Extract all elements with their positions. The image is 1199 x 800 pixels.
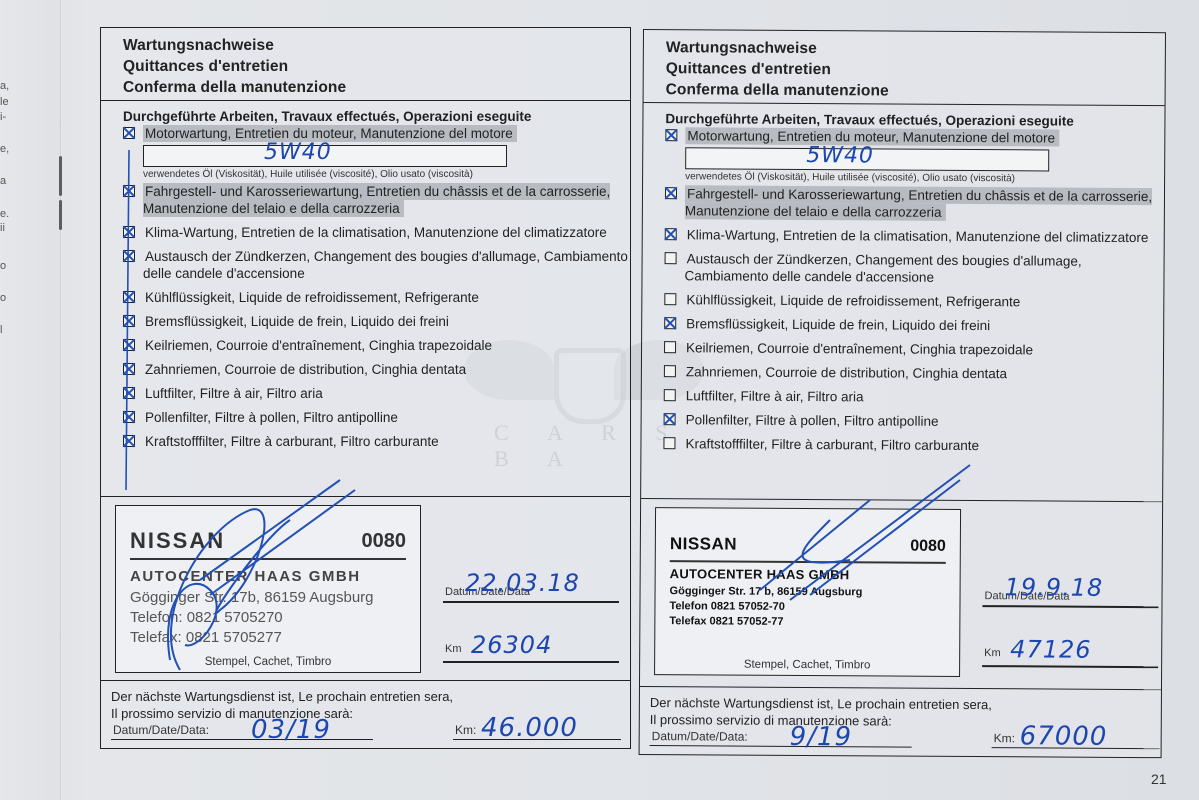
previous-page-fragment: e. — [0, 208, 9, 220]
work-item: Keilriemen, Courroie d'entraînement, Cin… — [642, 339, 1163, 359]
work-item: Austausch der Zündkerzen, Changement des… — [101, 248, 630, 282]
work-item-text-wrap: Fahrgestell- und Karosseriewartung, Entr… — [685, 185, 1164, 222]
checkbox-unchecked[interactable] — [664, 389, 676, 401]
checkbox-checked[interactable] — [123, 226, 135, 238]
work-item-label: Kraftstofffilter, Filtre à carburant, Fi… — [683, 435, 983, 454]
work-item: Pollenfilter, Filtre à pollen, Filtro an… — [642, 411, 1163, 431]
stamp-address-line: Gögginger Str. 17b, 86159 Augsburg — [130, 588, 374, 608]
service-km-field[interactable]: Km 26304 — [443, 627, 619, 663]
stamp-brand: NISSAN — [130, 528, 225, 554]
previous-page-fragment: a, — [0, 80, 9, 92]
work-item-text-wrap: Motorwartung, Entretien du moteur, Manut… — [685, 127, 1164, 147]
previous-page-fragment: le — [0, 96, 9, 108]
work-item-text-wrap: Klima-Wartung, Entretien de la climatisa… — [685, 226, 1164, 246]
oil-viscosity-field[interactable]: 5W40 — [143, 145, 507, 167]
work-item-text-wrap: Kühlflüssigkeit, Liquide de refroidissem… — [684, 291, 1163, 311]
record-title-block: Wartungsnachweise Quittances d'entretien… — [644, 30, 1165, 106]
service-km-field[interactable]: Km 47126 — [982, 631, 1158, 668]
stamp-dealer-code: 0080 — [362, 530, 407, 553]
work-item-label: Kraftstofffilter, Filtre à carburant, Fi… — [143, 433, 443, 450]
title-it: Conferma della manutenzione — [123, 77, 630, 98]
next-service-km-field[interactable]: Km: 67000 — [992, 725, 1160, 749]
checkbox-unchecked[interactable] — [665, 252, 677, 264]
work-item: Kraftstofffilter, Filtre à carburant, Fi… — [101, 433, 630, 450]
work-item-text-wrap: Fahrgestell- und Karosseriewartung, Entr… — [143, 183, 630, 217]
work-item: Fahrgestell- und Karosseriewartung, Entr… — [101, 183, 630, 217]
work-item-label: Zahnriemen, Courroie de distribution, Ci… — [143, 361, 470, 378]
next-service-date-label: Datum/Date/Data: — [113, 723, 209, 737]
oil-viscosity-value: 5W40 — [806, 143, 874, 168]
service-km-label: Km — [445, 643, 462, 655]
work-item-label: Bremsflüssigkeit, Liquide de frein, Liqu… — [143, 313, 453, 330]
title-it: Conferma della manutenzione — [666, 79, 1165, 103]
checkbox-checked[interactable] — [123, 411, 135, 423]
title-de: Wartungsnachweise — [666, 37, 1165, 61]
oil-viscosity-caption: verwendetes Öl (Viskosität), Huile utili… — [143, 169, 630, 180]
checkbox-checked[interactable] — [665, 129, 677, 141]
checkbox-unchecked[interactable] — [664, 365, 676, 377]
work-item-label: Pollenfilter, Filtre à pollen, Filtro an… — [143, 409, 402, 426]
work-item-text-wrap: Bremsflüssigkeit, Liquide de frein, Liqu… — [143, 313, 630, 330]
previous-page-fragment: o — [0, 292, 6, 304]
stamp-company: AUTOCENTER HAAS GMBH — [130, 568, 361, 585]
checkbox-checked[interactable] — [664, 317, 676, 329]
stamp-fax: Telefax: 0821 5705277 — [130, 628, 374, 648]
work-item: Luftfilter, Filtre à air, Filtro aria — [642, 387, 1163, 407]
checkbox-checked[interactable] — [123, 315, 135, 327]
work-item: Keilriemen, Courroie d'entraînement, Cin… — [101, 337, 630, 354]
work-item-text-wrap: Austausch der Zündkerzen, Changement des… — [143, 248, 630, 282]
service-date-field[interactable]: Datum/Date/Data 22.03.18 — [443, 567, 619, 603]
work-item-label: Kühlflüssigkeit, Liquide de refroidissem… — [143, 289, 483, 306]
checkbox-checked[interactable] — [123, 435, 135, 447]
dealer-stamp: NISSAN 0080 AUTOCENTER HAAS GMBH Gögging… — [115, 505, 421, 673]
checkbox-checked[interactable] — [123, 185, 135, 197]
stamp-divider — [670, 560, 946, 564]
checkbox-checked[interactable] — [123, 250, 135, 262]
title-de: Wartungsnachweise — [123, 35, 630, 56]
work-item-label: Austausch der Zündkerzen, Changement des… — [684, 250, 1081, 286]
work-item-label: Klima-Wartung, Entretien de la climatisa… — [685, 226, 1153, 246]
checkbox-checked[interactable] — [665, 228, 677, 240]
work-item: Kühlflüssigkeit, Liquide de refroidissem… — [642, 291, 1163, 311]
stamp-caption: Stempel, Cachet, Timbro — [655, 658, 959, 672]
work-item: Austausch der Zündkerzen, Changement des… — [642, 250, 1163, 287]
work-items-list: Motorwartung, Entretien du moteur, Manut… — [101, 125, 630, 450]
work-item-text-wrap: Pollenfilter, Filtre à pollen, Filtro an… — [684, 411, 1163, 431]
work-item-label: Zahnriemen, Courroie de distribution, Ci… — [684, 363, 1011, 382]
work-item: Klima-Wartung, Entretien de la climatisa… — [643, 226, 1164, 246]
next-service-block: Der nächste Wartungsdienst ist, Le proch… — [101, 680, 630, 748]
checkbox-unchecked[interactable] — [664, 341, 676, 353]
stamp-brand: NISSAN — [670, 534, 737, 554]
stamp-address: Gögginger Str. 17b, 86159 Augsburg Telef… — [130, 588, 374, 648]
stamp-company: AUTOCENTER HAAS GMBH — [670, 566, 850, 582]
next-service-km-value: 46.000 — [481, 713, 578, 743]
maintenance-record-right: Wartungsnachweise Quittances d'entretien… — [639, 29, 1166, 758]
work-item-label: Keilriemen, Courroie d'entraînement, Cin… — [684, 339, 1037, 358]
works-performed-header: Durchgeführte Arbeiten, Travaux effectué… — [643, 103, 1164, 130]
work-item: Motorwartung, Entretien du moteur, Manut… — [643, 127, 1164, 147]
service-km-value: 26304 — [471, 631, 552, 659]
service-date-value: 19.9.18 — [1005, 573, 1104, 602]
dealer-stamp: NISSAN 0080 AUTOCENTER HAAS GMBH Gögging… — [654, 507, 961, 677]
work-item: Luftfilter, Filtre à air, Filtro aria — [101, 385, 630, 402]
work-item-text-wrap: Motorwartung, Entretien du moteur, Manut… — [143, 125, 630, 142]
work-item-text-wrap: Austausch der Zündkerzen, Changement des… — [684, 250, 1163, 287]
oil-viscosity-value: 5W40 — [264, 140, 332, 165]
staple-bottom — [59, 200, 62, 230]
work-item-label: Kühlflüssigkeit, Liquide de refroidissem… — [684, 291, 1024, 310]
work-item-text-wrap: Pollenfilter, Filtre à pollen, Filtro an… — [143, 409, 630, 426]
work-item-label: Fahrgestell- und Karosseriewartung, Entr… — [685, 185, 1152, 221]
work-item-text-wrap: Keilriemen, Courroie d'entraînement, Cin… — [684, 339, 1163, 359]
previous-page-edge — [0, 0, 62, 800]
previous-page-fragment: o — [0, 260, 6, 272]
title-fr: Quittances d'entretien — [666, 58, 1165, 82]
work-item-label: Austausch der Zündkerzen, Changement des… — [143, 248, 628, 282]
service-km-label: Km — [984, 647, 1001, 659]
next-service-text-1: Der nächste Wartungsdienst ist, Le proch… — [111, 688, 630, 705]
next-service-date-label: Datum/Date/Data: — [652, 729, 748, 744]
service-date-value: 22.03.18 — [465, 569, 580, 597]
checkbox-checked[interactable] — [664, 413, 676, 425]
page-number: 21 — [1151, 771, 1167, 787]
service-km-value: 47126 — [1010, 635, 1092, 663]
checkbox-checked[interactable] — [123, 339, 135, 351]
title-fr: Quittances d'entretien — [123, 56, 630, 77]
service-confirmation: NISSAN 0080 AUTOCENTER HAAS GMBH Gögging… — [640, 498, 1162, 688]
work-item-text-wrap: Klima-Wartung, Entretien de la climatisa… — [143, 224, 630, 241]
work-item-label: Luftfilter, Filtre à air, Filtro aria — [684, 387, 868, 405]
work-item: Motorwartung, Entretien du moteur, Manut… — [101, 125, 630, 142]
service-date-field[interactable]: Datum/Date/Data 19.9.18 — [982, 571, 1158, 608]
stamp-divider — [130, 558, 406, 560]
work-item-text-wrap: Kraftstofffilter, Filtre à carburant, Fi… — [143, 433, 630, 450]
oil-viscosity-field[interactable]: 5W40 — [685, 147, 1049, 171]
work-item: Klima-Wartung, Entretien de la climatisa… — [101, 224, 630, 241]
work-item-label: Klima-Wartung, Entretien de la climatisa… — [143, 224, 611, 241]
work-item-label: Bremsflüssigkeit, Liquide de frein, Liqu… — [684, 315, 994, 334]
work-item: Kühlflüssigkeit, Liquide de refroidissem… — [101, 289, 630, 306]
work-item-label: Keilriemen, Courroie d'entraînement, Cin… — [143, 337, 496, 354]
next-service-block: Der nächste Wartungsdienst ist, Le proch… — [640, 686, 1161, 757]
stamp-phone: Telefon: 0821 5705270 — [130, 608, 374, 628]
book-spine — [60, 0, 62, 800]
stamp-caption: Stempel, Cachet, Timbro — [116, 656, 420, 668]
checkbox-checked[interactable] — [123, 127, 135, 139]
stamp-address-line: Gögginger Str. 17 b, 86159 Augsburg — [670, 584, 863, 600]
next-service-date-field[interactable]: Datum/Date/Data: 9/19 — [650, 723, 912, 748]
stamp-phone: Telefon 0821 57052-70 — [669, 599, 862, 615]
maintenance-record-left: Wartungsnachweise Quittances d'entretien… — [100, 27, 631, 749]
work-item-text-wrap: Keilriemen, Courroie d'entraînement, Cin… — [143, 337, 630, 354]
work-item: Zahnriemen, Courroie de distribution, Ci… — [101, 361, 630, 378]
stamp-address: Gögginger Str. 17 b, 86159 Augsburg Tele… — [669, 584, 862, 630]
next-service-date-value: 9/19 — [790, 722, 853, 752]
next-service-km-field[interactable]: Km: 46.000 — [453, 717, 621, 740]
work-item-label: Pollenfilter, Filtre à pollen, Filtro an… — [684, 411, 943, 430]
next-service-km-value: 67000 — [1020, 721, 1108, 752]
works-performed-header: Durchgeführte Arbeiten, Travaux effectué… — [101, 101, 630, 125]
work-item-text-wrap: Zahnriemen, Courroie de distribution, Ci… — [684, 363, 1163, 383]
service-confirmation: NISSAN 0080 AUTOCENTER HAAS GMBH Gögging… — [101, 496, 630, 683]
work-item: Kraftstofffilter, Filtre à carburant, Fi… — [641, 435, 1162, 455]
checkbox-unchecked[interactable] — [664, 293, 676, 305]
next-service-km-label: Km: — [455, 723, 476, 737]
previous-page-fragment: e, — [0, 143, 9, 155]
work-item-text-wrap: Kühlflüssigkeit, Liquide de refroidissem… — [143, 289, 630, 306]
previous-page-fragment: a — [0, 175, 6, 187]
previous-page-fragment: l — [0, 324, 2, 336]
work-item-label: Luftfilter, Filtre à air, Filtro aria — [143, 385, 327, 402]
record-title-block: Wartungsnachweise Quittances d'entretien… — [101, 28, 630, 101]
work-item-text-wrap: Bremsflüssigkeit, Liquide de frein, Liqu… — [684, 315, 1163, 335]
work-item-text-wrap: Luftfilter, Filtre à air, Filtro aria — [143, 385, 630, 402]
work-item: Pollenfilter, Filtre à pollen, Filtro an… — [101, 409, 630, 426]
work-item: Bremsflüssigkeit, Liquide de frein, Liqu… — [642, 315, 1163, 335]
oil-viscosity-caption: verwendetes Öl (Viskosität), Huile utili… — [685, 171, 1164, 185]
staple-top — [59, 156, 62, 196]
previous-page-fragment: ii — [0, 222, 5, 234]
checkbox-unchecked[interactable] — [663, 437, 675, 449]
next-service-date-field[interactable]: Datum/Date/Data: 03/19 — [111, 717, 373, 740]
work-item: Zahnriemen, Courroie de distribution, Ci… — [642, 363, 1163, 383]
work-items-list: Motorwartung, Entretien du moteur, Manut… — [641, 127, 1164, 455]
checkbox-checked[interactable] — [123, 363, 135, 375]
checkbox-checked[interactable] — [123, 291, 135, 303]
next-service-date-value: 03/19 — [251, 715, 331, 745]
work-item: Bremsflüssigkeit, Liquide de frein, Liqu… — [101, 313, 630, 330]
next-service-km-label: Km: — [994, 731, 1015, 745]
stamp-dealer-code: 0080 — [910, 538, 946, 556]
work-item-text-wrap: Zahnriemen, Courroie de distribution, Ci… — [143, 361, 630, 378]
checkbox-checked[interactable] — [665, 187, 677, 199]
work-item: Fahrgestell- und Karosseriewartung, Entr… — [643, 185, 1164, 222]
work-item-label: Fahrgestell- und Karosseriewartung, Entr… — [143, 183, 610, 217]
checkbox-checked[interactable] — [123, 387, 135, 399]
work-item-text-wrap: Luftfilter, Filtre à air, Filtro aria — [684, 387, 1163, 407]
previous-page-fragment: i- — [0, 111, 6, 123]
work-item-text-wrap: Kraftstofffilter, Filtre à carburant, Fi… — [683, 435, 1162, 455]
stamp-fax: Telefax 0821 57052-77 — [669, 614, 862, 630]
